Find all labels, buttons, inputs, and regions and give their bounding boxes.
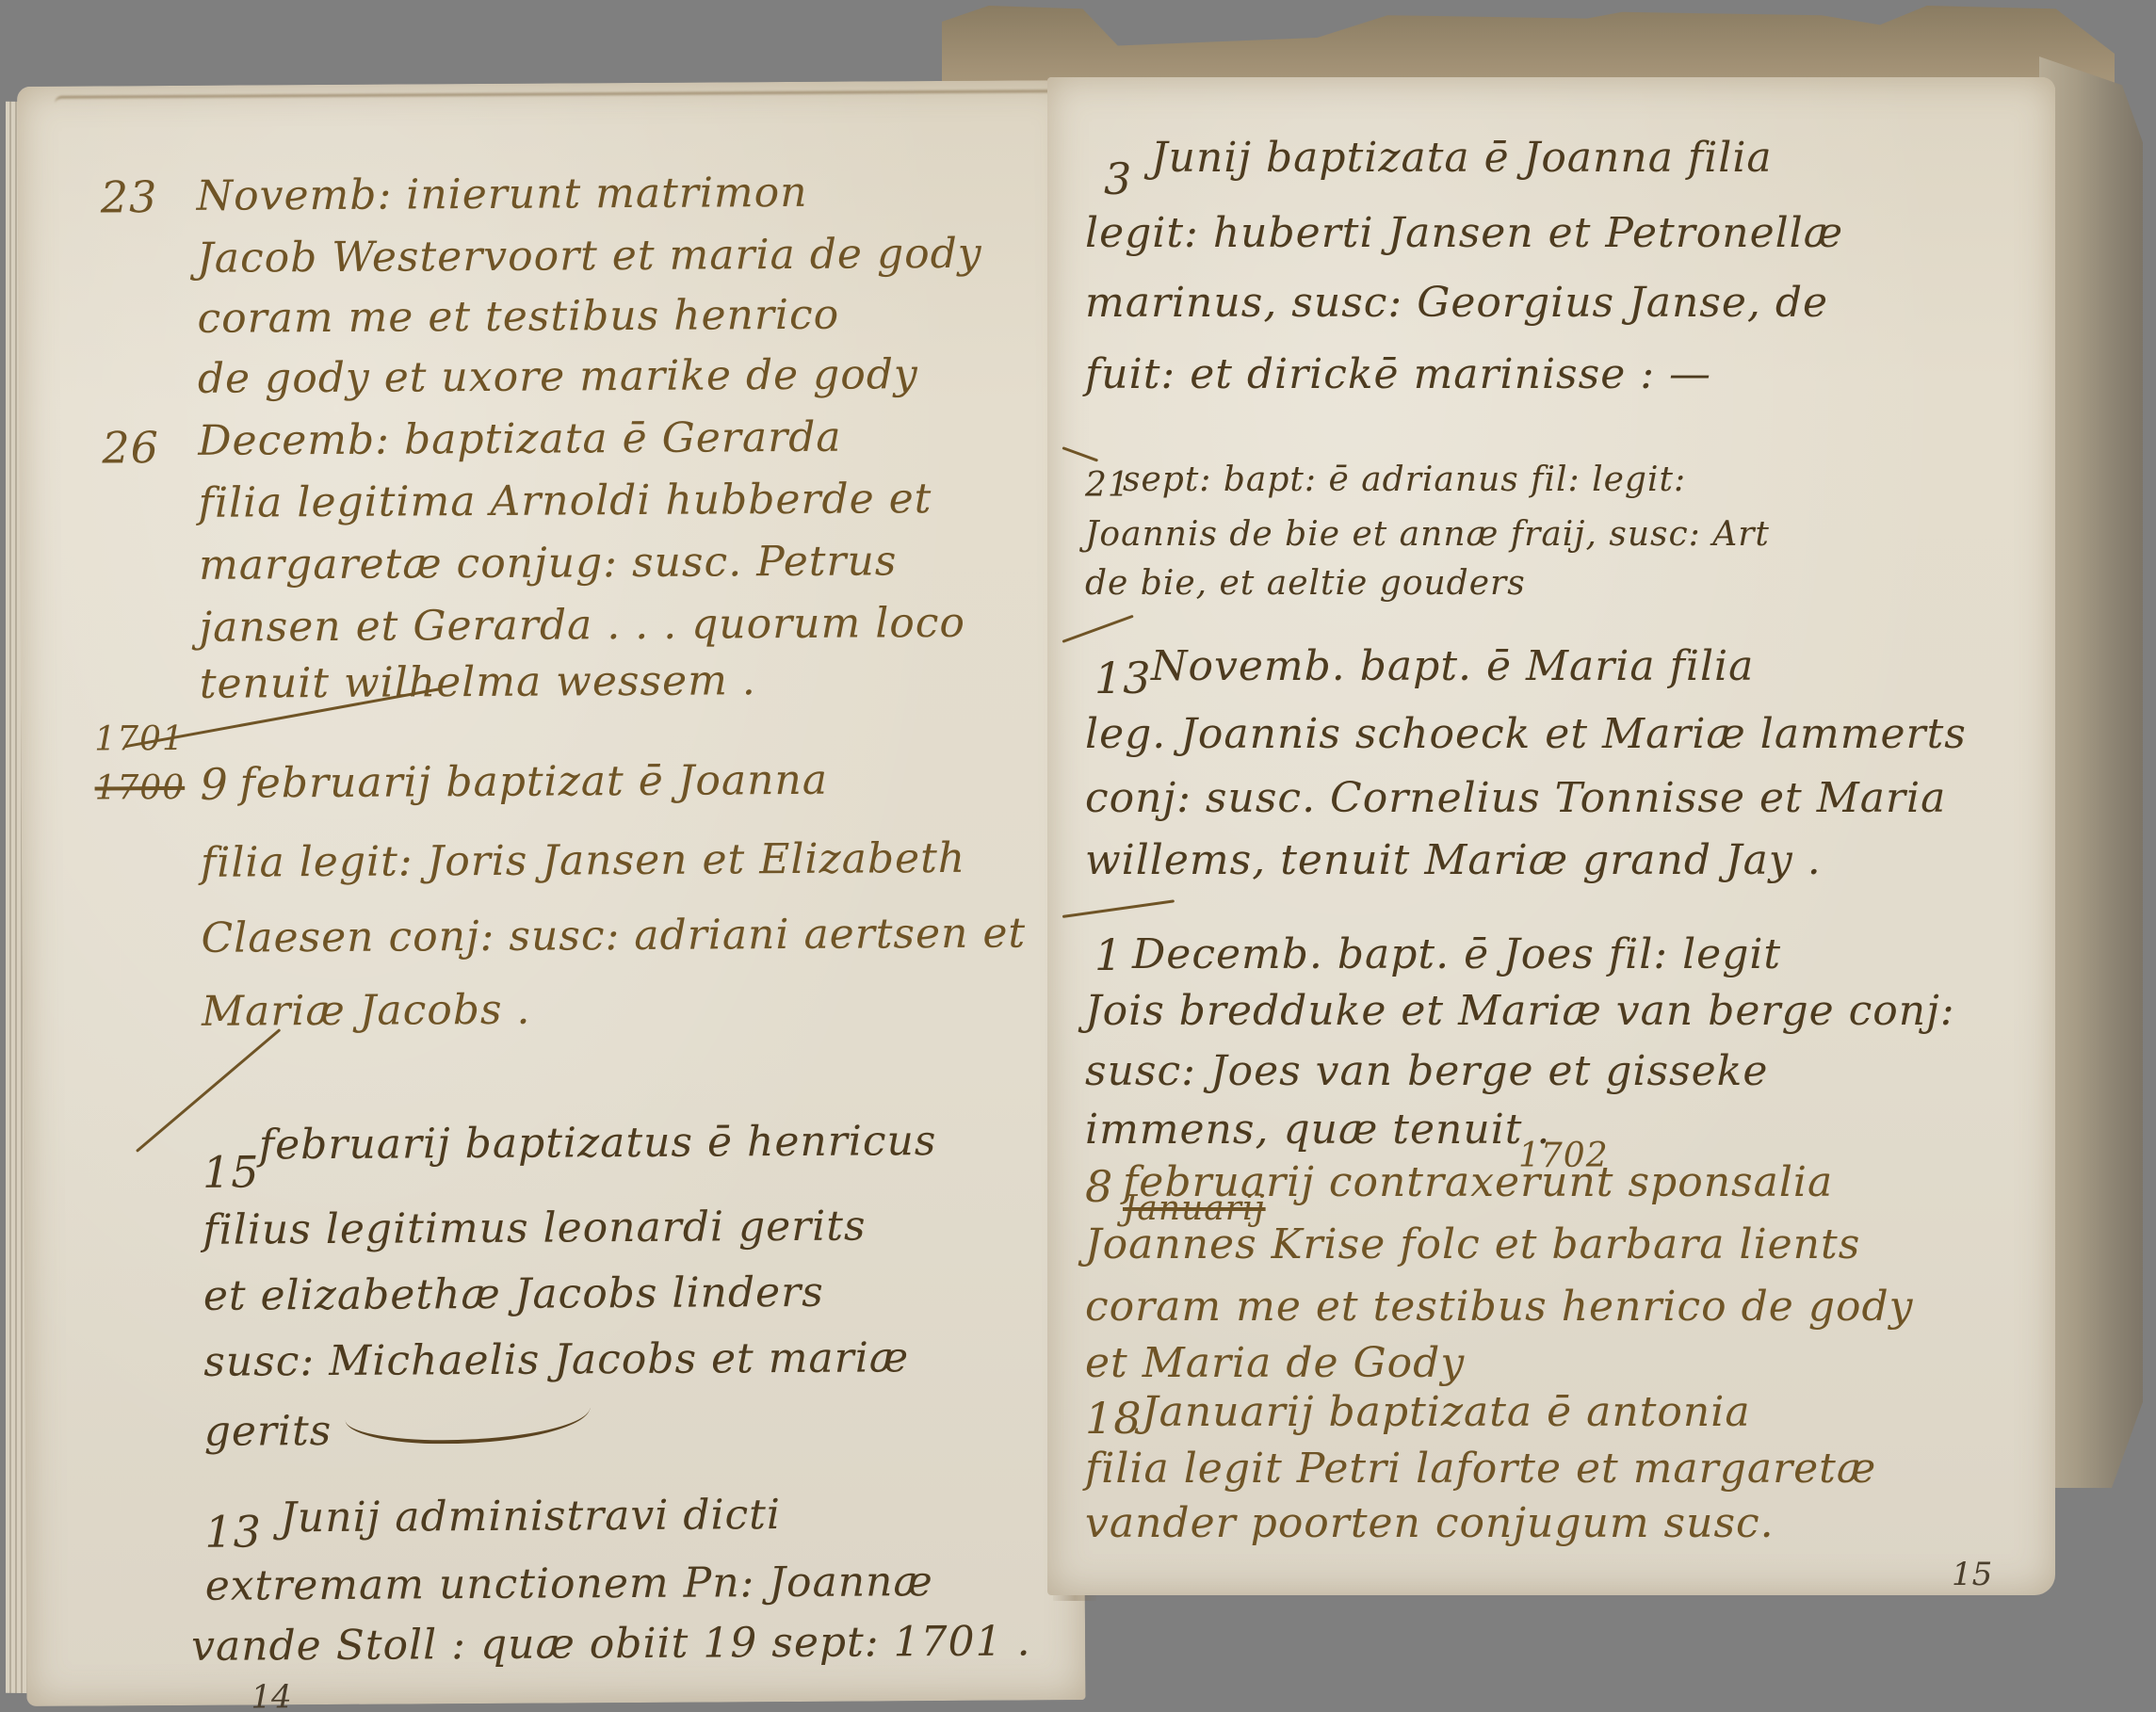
entry-line: Junij baptizata ē Joanna filia [1151, 134, 1773, 183]
entry-line: filius legitimus leonardi gerits [203, 1203, 866, 1255]
entry-line: leg. Joannis schoeck et Mariæ lammerts [1085, 710, 1967, 759]
entry-line: Joannis de bie et annæ fraij, susc: Art [1085, 510, 1770, 559]
entry-line: susc: Michaelis Jacobs et mariæ [203, 1333, 909, 1387]
entry-line: willems, tenuit Mariæ grand Jay . [1085, 836, 1822, 885]
entry-date: 9 [200, 760, 229, 809]
right-page: 3 Junij baptizata ē Joanna filia legit: … [1047, 77, 2055, 1595]
entry-line: fuit: et dirickē marinisse : — [1085, 350, 1711, 399]
entry-date: 13 [204, 1507, 262, 1556]
entry-line: Januarij baptizata ē antonia [1142, 1388, 1751, 1437]
entry-date: 3 [1104, 154, 1132, 203]
folio-number: 15 [1952, 1556, 1992, 1593]
entry-line: Claesen conj: susc: adriani aertsen et [201, 909, 1026, 962]
entry-line: Joannes Krise folc et barbara lients [1085, 1220, 1860, 1269]
entry-date: 15 [203, 1147, 260, 1196]
entry-line: immens, quæ tenuit . [1085, 1106, 1550, 1155]
entry-date: 8 [1085, 1162, 1113, 1211]
entry-date: 18 [1085, 1394, 1143, 1443]
entry-line: Jois bredduke et Mariæ van berge conj: [1085, 987, 1955, 1036]
entry-line: marinus, susc: Georgius Janse, de [1085, 279, 1828, 328]
manuscript-spread: 23 Novemb: inierunt matrimon Jacob Weste… [0, 0, 2156, 1712]
entry-line: vande Stoll : quæ obiit 19 sept: 1701 . [191, 1617, 1031, 1671]
folio-number: 14 [251, 1678, 292, 1712]
entry-date: 1 [1094, 930, 1123, 979]
entry-line: margaretæ conjug: susc. Petrus [199, 537, 898, 590]
entry-divider [1062, 446, 1098, 461]
entry-date: 13 [1094, 654, 1152, 703]
entry-line: Jacob Westervoort et maria de gody [197, 230, 982, 283]
entry-line: Decemb. bapt. ē Joes fil: legit [1132, 930, 1781, 979]
entry-line: filia legit Petri laforte et margaretæ [1085, 1445, 1876, 1494]
entry-date: 23 [101, 172, 158, 221]
entry-line: Decemb: baptizata ē Gerarda [198, 413, 842, 466]
struck-year: 1700 [94, 764, 185, 814]
entry-line: et Maria de Gody [1085, 1339, 1465, 1388]
entry-line: sept: bapt: ē adrianus fil: legit: [1123, 456, 1686, 505]
entry-line: Novemb: inierunt matrimon [197, 169, 808, 221]
left-page: 23 Novemb: inierunt matrimon Jacob Weste… [17, 80, 1085, 1706]
entry-line: februarij baptizat ē Joanna [239, 756, 828, 809]
entry-line: coram me et testibus henrico de gody [1085, 1283, 1914, 1332]
entry-date: 26 [102, 423, 159, 472]
entry-line: Mariæ Jacobs . [202, 986, 531, 1037]
entry-line: conj: susc. Cornelius Tonnisse et Maria [1085, 774, 1946, 823]
entry-divider [1062, 899, 1175, 918]
entry-line: coram me et testibus henrico [197, 291, 839, 344]
entry-line: vander poorten conjugum susc. [1085, 1499, 1775, 1548]
entry-line: extremam unctionem Pn: Joannæ [205, 1558, 933, 1611]
entry-line: susc: Joes van berge et gisseke [1085, 1047, 1768, 1096]
entry-line: legit: huberti Jansen et Petronellæ [1085, 209, 1843, 258]
flourish-mark [345, 1382, 590, 1445]
entry-line: de gody et uxore marike de gody [198, 350, 918, 404]
entry-line: februarij baptizatus ē henricus [259, 1117, 937, 1170]
entry-line: gerits [204, 1407, 332, 1457]
entry-line: et elizabethæ Jacobs linders [203, 1268, 824, 1321]
year-margin: 1701 [94, 715, 185, 765]
entry-line: filia legit: Joris Jansen et Elizabeth [201, 834, 965, 888]
entry-line: Novemb. bapt. ē Maria filia [1151, 642, 1754, 691]
entry-line: Junij administravi dicti [280, 1491, 781, 1542]
entry-line: de bie, et aeltie gouders [1085, 559, 1526, 608]
entry-line: februarij contraxerunt sponsalia [1123, 1158, 1833, 1207]
entry-line: tenuit wilhelma wessem . [200, 656, 756, 709]
entry-divider [1062, 615, 1133, 643]
entry-line: filia legitima Arnoldi hubberde et [199, 475, 932, 528]
entry-line: jansen et Gerarda . . . quorum loco [199, 599, 965, 653]
